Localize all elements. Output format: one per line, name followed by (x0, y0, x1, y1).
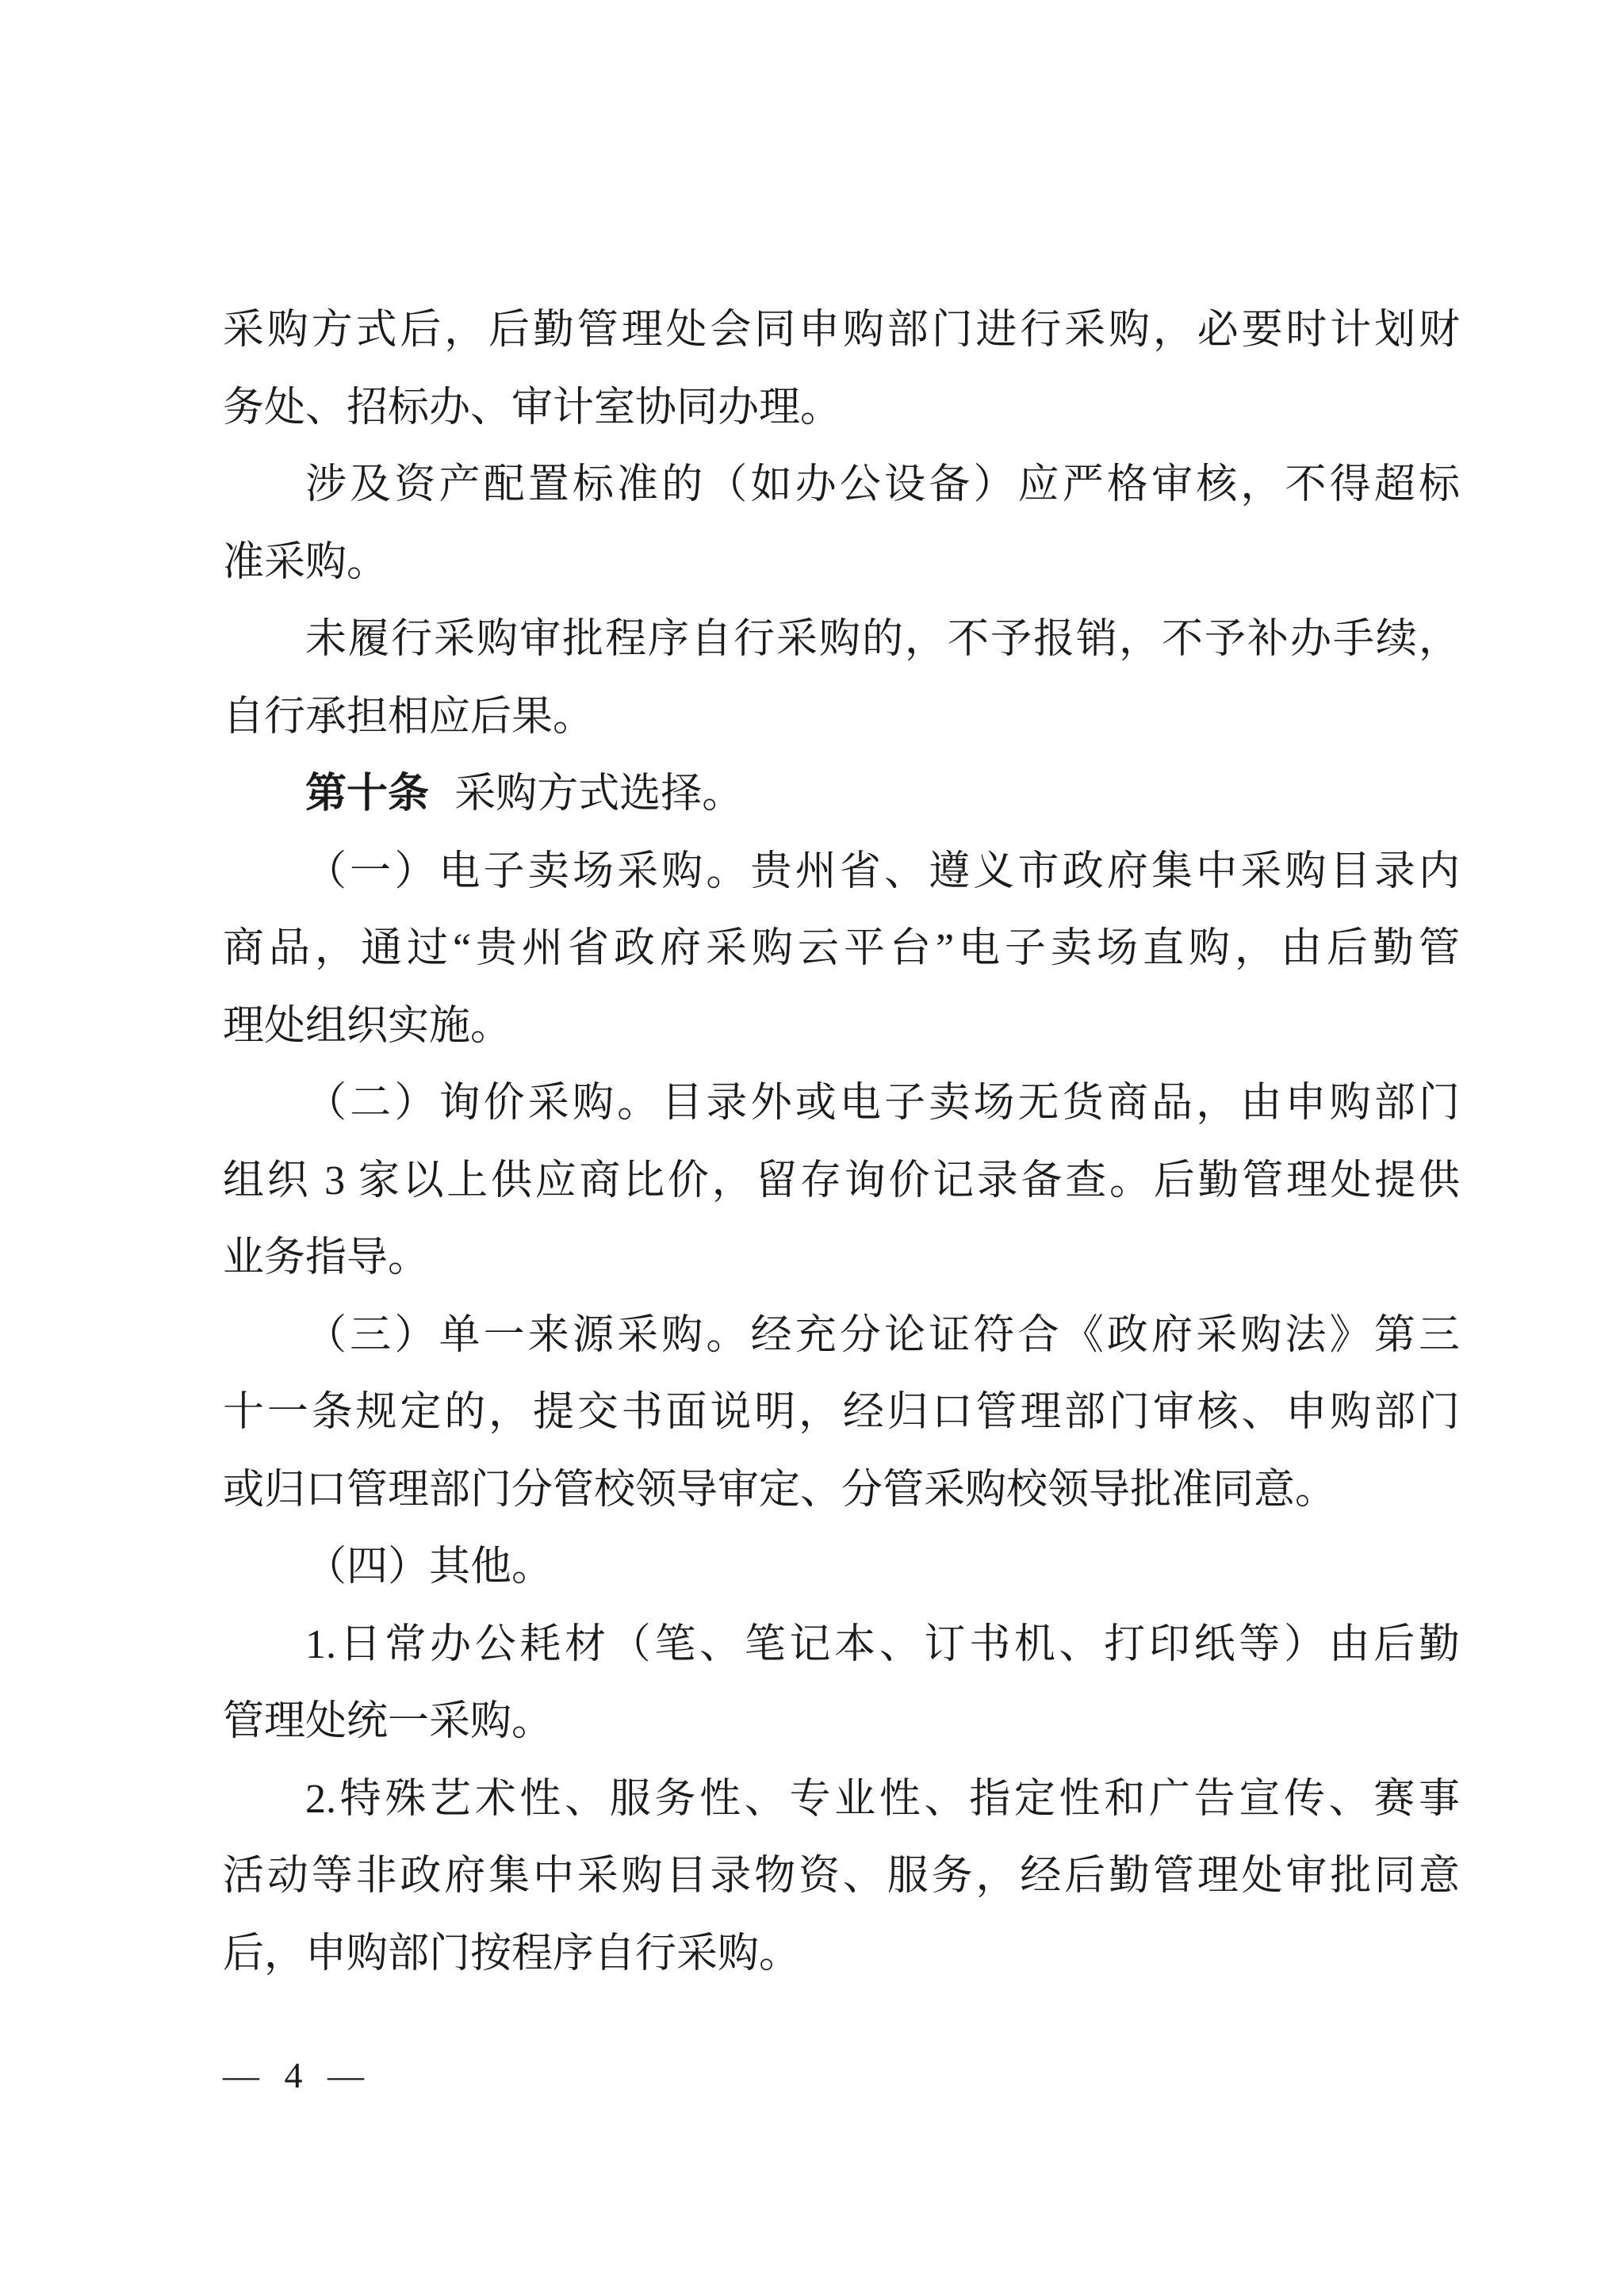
document-line: 商品，通过“贵州省政府采购云平台”电子卖场直购，由后勤管 (223, 910, 1460, 988)
article-heading-text: 采购方式选择。 (454, 771, 743, 817)
document-line: 1.日常办公耗材（笔、笔记本、订书机、打印纸等）由后勤 (223, 1606, 1460, 1684)
paragraph: 1.日常办公耗材（笔、笔记本、订书机、打印纸等）由后勤 管理处统一采购。 (223, 1606, 1460, 1761)
document-line: 2.特殊艺术性、服务性、专业性、指定性和广告宣传、赛事 (223, 1761, 1460, 1839)
document-body: 采购方式后，后勤管理处会同申购部门进行采购，必要时计划财 务处、招标办、审计室协… (223, 292, 1460, 1992)
document-line: （一）电子卖场采购。贵州省、遵义市政府集中采购目录内 (223, 833, 1460, 911)
document-line: 管理处统一采购。 (223, 1683, 1460, 1761)
document-line: 组织 3 家以上供应商比价，留存询价记录备查。后勤管理处提供 (223, 1142, 1460, 1220)
document-line: 或归口管理部门分管校领导审定、分管采购校领导批准同意。 (223, 1452, 1460, 1529)
document-line: （四）其他。 (223, 1529, 1460, 1606)
document-line: 业务指导。 (223, 1219, 1460, 1297)
document-line: 自行承担相应后果。 (223, 679, 1460, 756)
paragraph: （四）其他。 (223, 1529, 1460, 1606)
document-line: （三）单一来源采购。经充分论证符合《政府采购法》第三 (223, 1297, 1460, 1375)
document-line: 十一条规定的，提交书面说明，经归口管理部门审核、申购部门 (223, 1374, 1460, 1452)
paragraph: 第十条采购方式选择。 (223, 756, 1460, 833)
document-line: （二）询价采购。目录外或电子卖场无货商品，由申购部门 (223, 1065, 1460, 1142)
document-line: 后，申购部门按程序自行采购。 (223, 1915, 1460, 1993)
document-line: 未履行采购审批程序自行采购的，不予报销，不予补办手续， (223, 601, 1460, 679)
paragraph: （一）电子卖场采购。贵州省、遵义市政府集中采购目录内 商品，通过“贵州省政府采购… (223, 833, 1460, 1066)
paragraph: 采购方式后，后勤管理处会同申购部门进行采购，必要时计划财 务处、招标办、审计室协… (223, 292, 1460, 446)
document-line: 务处、招标办、审计室协同办理。 (223, 369, 1460, 447)
paragraph: 2.特殊艺术性、服务性、专业性、指定性和广告宣传、赛事 活动等非政府集中采购目录… (223, 1761, 1460, 1993)
paragraph: （三）单一来源采购。经充分论证符合《政府采购法》第三 十一条规定的，提交书面说明… (223, 1297, 1460, 1529)
document-page: 采购方式后，后勤管理处会同申购部门进行采购，必要时计划财 务处、招标办、审计室协… (0, 0, 1624, 2296)
article-heading: 第十条 (305, 771, 429, 817)
paragraph: 未履行采购审批程序自行采购的，不予报销，不予补办手续， 自行承担相应后果。 (223, 601, 1460, 756)
page-number: — 4 — (223, 2055, 372, 2096)
document-line: 涉及资产配置标准的（如办公设备）应严格审核，不得超标 (223, 446, 1460, 524)
document-line: 活动等非政府集中采购目录物资、服务，经后勤管理处审批同意 (223, 1838, 1460, 1915)
paragraph: （二）询价采购。目录外或电子卖场无货商品，由申购部门 组织 3 家以上供应商比价… (223, 1065, 1460, 1297)
paragraph: 涉及资产配置标准的（如办公设备）应严格审核，不得超标 准采购。 (223, 446, 1460, 601)
document-line: 采购方式后，后勤管理处会同申购部门进行采购，必要时计划财 (223, 292, 1460, 369)
document-line: 理处组织实施。 (223, 988, 1460, 1066)
document-line: 第十条采购方式选择。 (223, 756, 1460, 833)
document-line: 准采购。 (223, 524, 1460, 602)
